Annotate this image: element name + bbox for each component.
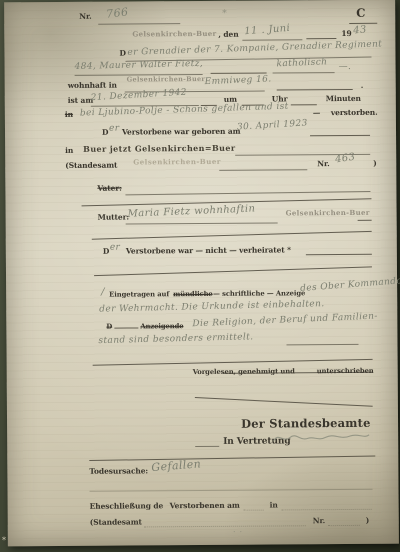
cause-handwritten: Gefallen [151, 458, 201, 473]
standesamt-stamp: Gelsenkirchen-Buer [133, 158, 221, 166]
blank-line [126, 222, 278, 224]
date-handwritten: 11 . Juni [244, 24, 291, 37]
blank-line [358, 220, 372, 221]
form-letter-c: C [356, 8, 365, 20]
eheschliessung-label: Eheschließung de [90, 502, 164, 510]
residence-stamp: Gelsenkirchen-Buer [127, 76, 206, 83]
death-date-handwritten: 21. Dezember 1942 [91, 89, 188, 104]
er-handwritten: er [110, 244, 121, 253]
margin-mark: * [2, 536, 6, 545]
blank-line [219, 169, 307, 171]
scanned-document: Nr. 766 * C Gelsenkirchen-Buer , den 11 … [0, 0, 400, 552]
verstorben-label: verstorben. [331, 109, 378, 117]
anzeigende-struck: Anzeigende [140, 323, 183, 330]
born-label: Verstorbene war geboren am [122, 128, 241, 136]
mother-residence-stamp: Gelsenkirchen-Buer [286, 209, 370, 217]
dash-printed: — [313, 109, 320, 117]
remark-handwritten-1: Die Religion, der Beruf und Familien- [192, 313, 378, 330]
eingetragen-label: Eingetragen auf [109, 291, 169, 298]
blank-line [310, 135, 370, 136]
blank-line [282, 509, 372, 511]
in-label: in [270, 501, 278, 509]
blank-line [291, 104, 317, 105]
strike-dash [114, 327, 138, 328]
blank-line [195, 446, 219, 447]
schriftliche-anzeige-label: — schriftliche — Anzeige [213, 290, 305, 297]
birth-date-handwritten: 30. April 1923 [237, 119, 308, 132]
blank-line [244, 510, 264, 511]
der-printed: D [102, 129, 108, 137]
blank-line [306, 254, 372, 255]
unterschrieben-label: unterschrieben [317, 368, 374, 375]
official-signature [271, 428, 371, 450]
nr-value-handwritten: 766 [106, 6, 129, 19]
wohnhaft-label: wohnhaft in [68, 82, 117, 90]
todesursache-label: Todesursache: [89, 467, 148, 475]
signature-line [195, 397, 373, 407]
year-printed: 19 [341, 30, 351, 38]
place-stamp: Gelsenkirchen-Buer [132, 30, 216, 38]
der-printed: D [119, 50, 125, 58]
section-separator [93, 359, 373, 366]
blank-line [277, 89, 353, 91]
year-handwritten: 43 [353, 25, 367, 36]
ist-am-label: ist am [68, 97, 93, 105]
name-handwritten: 484, Maurer Walter Fietz, [74, 60, 203, 72]
religion-handwritten: katholisch [276, 58, 327, 69]
er-handwritten: er [109, 125, 120, 134]
notifier-handwritten-2: der Wehrmacht. Die Urkunde ist einbehalt… [99, 300, 324, 315]
notifier-handwritten-1: des Ober Kommandos [300, 277, 400, 294]
remark-handwritten-2: stand sind besonders ermittelt. [98, 333, 253, 346]
period-printed: . [361, 82, 364, 90]
blank-line [328, 525, 360, 526]
marital-status-label: Verstorbene war — nicht — verheiratet * [126, 246, 291, 255]
section-separator [94, 266, 372, 276]
footer-mark: · · [233, 529, 243, 538]
paper-sheet: Nr. 766 * C Gelsenkirchen-Buer , den 11 … [4, 0, 399, 546]
in-label: in [65, 147, 73, 155]
um-label: um [224, 96, 237, 104]
unit-handwritten: er Grenadier der 7. Kompanie, Grenadier … [127, 40, 382, 57]
standesamt-label: (Standesamt [65, 162, 117, 170]
slash-mark: / [101, 288, 105, 298]
address-handwritten: Emmiweg 16. [205, 75, 272, 87]
section-separator [92, 231, 372, 240]
muendliche-struck: mündliche [173, 291, 213, 298]
mutter-label: Mutter: [98, 214, 130, 222]
faint-line [90, 489, 373, 492]
blank-line [98, 23, 180, 25]
blank-line [144, 525, 306, 527]
mother-name-handwritten: Maria Fietz wohnhaftin [127, 204, 255, 219]
birthplace-stamp: Buer jetzt Gelsenkirchen=Buer [83, 144, 235, 153]
nr-label: Nr. [313, 517, 325, 525]
nr-label: Nr. [79, 13, 91, 21]
close-paren: ) [366, 517, 370, 525]
section-separator [89, 456, 375, 462]
pen-mark: * [222, 10, 227, 19]
blank-line [211, 73, 267, 74]
dash-mark: —. [339, 63, 352, 72]
blank-line [273, 72, 335, 73]
vater-label-struck: Vater: [97, 185, 121, 193]
blank-line [242, 39, 302, 40]
standesamt-label: (Standesamt [90, 518, 142, 526]
register-nr-handwritten: 463 [335, 153, 357, 166]
in-struck: in [65, 111, 73, 119]
blank-line [306, 38, 336, 39]
den-label: , den [218, 31, 238, 39]
blank-line [125, 191, 370, 195]
blank-line [287, 344, 359, 346]
close-paren: ) [373, 160, 377, 168]
minuten-label: Minuten [326, 95, 361, 103]
d-struck: D [106, 324, 112, 331]
verstorbenen-am-label: Verstorbenen am [170, 502, 240, 510]
nr-label: Nr. [317, 160, 329, 168]
der-printed: D [103, 248, 109, 256]
